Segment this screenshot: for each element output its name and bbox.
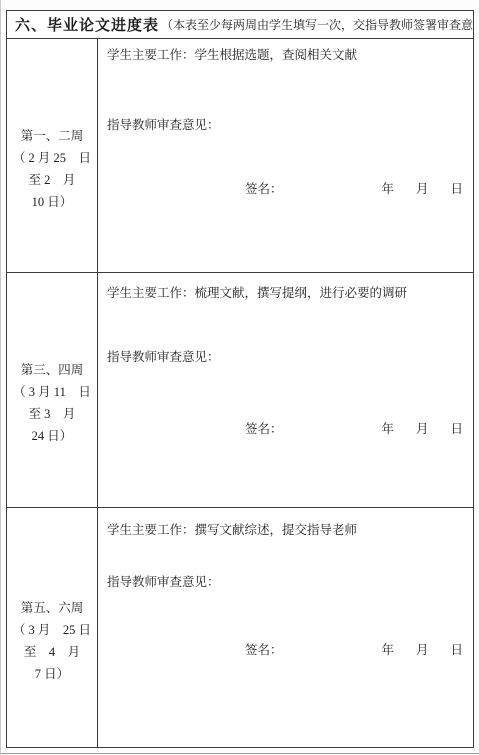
signature-label: 签名： <box>245 640 283 658</box>
progress-cell: 学生主要工作：梳理文献，撰写提纲，进行必要的调研 指导教师审查意见： 签名： 年… <box>98 273 473 507</box>
month-label: 月 <box>416 179 429 197</box>
week-label: 第三、四周 <box>21 359 84 381</box>
teacher-review-label: 指导教师审查意见： <box>107 574 467 591</box>
student-work-text: 学生主要工作：撰写文献综述，提交指导老师 <box>107 522 467 539</box>
signature-line: 签名： 年 月 日 <box>98 419 473 436</box>
teacher-review-label: 指导教师审查意见： <box>107 349 467 366</box>
day-label: 日 <box>450 419 463 437</box>
signature-label: 签名： <box>245 419 283 437</box>
teacher-review-label: 指导教师审查意见： <box>107 117 467 134</box>
date-range-line: 7 日） <box>35 663 69 685</box>
week-label: 第一、二周 <box>21 125 84 147</box>
table-row: 第一、二周 （ 2 月 25 日 至 2 月 10 日） 学生主要工作：学生根据… <box>7 38 473 272</box>
table-title: 六、毕业论文进度表 <box>15 14 159 35</box>
signature-line: 签名： 年 月 日 <box>98 640 473 657</box>
month-label: 月 <box>416 419 429 437</box>
year-label: 年 <box>381 640 394 658</box>
date-range-line: 24 日） <box>32 425 73 447</box>
signature-label: 签名： <box>245 179 283 197</box>
date-blanks: 年 月 日 <box>381 179 463 197</box>
date-range-line: （ 3 月 25 日 <box>13 619 91 641</box>
date-range-line: 至 2 月 <box>29 169 76 191</box>
date-range-line: 至 3 月 <box>29 403 76 425</box>
thesis-progress-table: 六、毕业论文进度表（本表至少每两周由学生填写一次，交指导教师签署审查意见） 第一… <box>6 10 474 748</box>
year-label: 年 <box>381 419 394 437</box>
document-page: { "header": { "title": "六、毕业论文进度表", "not… <box>0 0 479 755</box>
week-period-cell: 第三、四周 （ 3 月 11 日 至 3 月 24 日） <box>7 273 98 507</box>
progress-cell: 学生主要工作：学生根据选题，查阅相关文献 指导教师审查意见： 签名： 年 月 日 <box>98 39 473 272</box>
date-range-line: （ 3 月 11 日 <box>13 381 91 403</box>
week-period-cell: 第五、六周 （ 3 月 25 日 至 4 月 7 日） <box>7 508 98 747</box>
table-row: 第五、六周 （ 3 月 25 日 至 4 月 7 日） 学生主要工作：撰写文献综… <box>7 507 473 747</box>
day-label: 日 <box>450 640 463 658</box>
student-work-text: 学生主要工作：梳理文献，撰写提纲，进行必要的调研 <box>107 285 467 302</box>
table-header: 六、毕业论文进度表（本表至少每两周由学生填写一次，交指导教师签署审查意见） <box>7 11 473 38</box>
table-row: 第三、四周 （ 3 月 11 日 至 3 月 24 日） 学生主要工作：梳理文献… <box>7 272 473 507</box>
week-period-cell: 第一、二周 （ 2 月 25 日 至 2 月 10 日） <box>7 39 98 272</box>
month-label: 月 <box>416 640 429 658</box>
day-label: 日 <box>450 179 463 197</box>
date-range-line: 至 4 月 <box>24 641 80 663</box>
date-range-line: （ 2 月 25 日 <box>13 147 91 169</box>
year-label: 年 <box>381 179 394 197</box>
student-work-text: 学生主要工作：学生根据选题，查阅相关文献 <box>107 47 467 64</box>
page-bottom-edge <box>1 753 479 754</box>
week-label: 第五、六周 <box>21 597 84 619</box>
date-blanks: 年 月 日 <box>381 419 463 437</box>
progress-cell: 学生主要工作：撰写文献综述，提交指导老师 指导教师审查意见： 签名： 年 月 日 <box>98 508 473 747</box>
date-blanks: 年 月 日 <box>381 640 463 658</box>
date-range-line: 10 日） <box>32 191 73 213</box>
signature-line: 签名： 年 月 日 <box>98 179 473 196</box>
table-title-note: （本表至少每两周由学生填写一次，交指导教师签署审查意见） <box>161 16 473 33</box>
